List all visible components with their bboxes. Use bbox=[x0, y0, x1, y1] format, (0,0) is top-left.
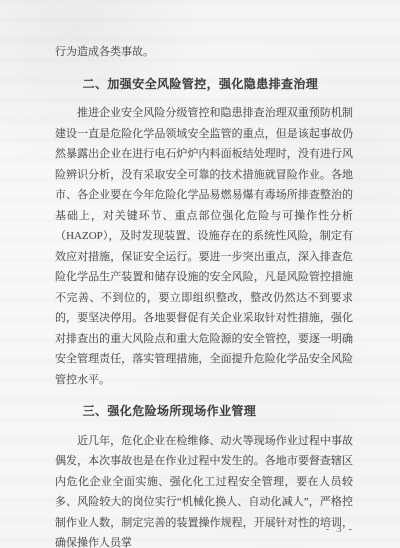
section-2-paragraph: 推进企业安全风险分级管控和隐患排查治理双重预防机制建设一直是危险化学品领域安全监… bbox=[55, 103, 353, 390]
document-content: 行为造成各类事故。 二、加强安全风险管控，强化隐患排查治理 推进企业安全风险分级… bbox=[55, 42, 353, 548]
page-number: - 3 - bbox=[326, 523, 354, 535]
section-heading-3: 三、强化危险场所现场作业管理 bbox=[55, 401, 353, 422]
section-3-paragraph: 近几年，危化企业在检维修、动火等现场作业过程中事故偶发，本次事故也是在作业过程中… bbox=[55, 431, 353, 548]
paragraph-continuation: 行为造成各类事故。 bbox=[55, 42, 353, 63]
scanned-document-page: 行为造成各类事故。 二、加强安全风险管控，强化隐患排查治理 推进企业安全风险分级… bbox=[0, 0, 400, 548]
section-heading-2: 二、加强安全风险管控，强化隐患排查治理 bbox=[55, 74, 353, 95]
